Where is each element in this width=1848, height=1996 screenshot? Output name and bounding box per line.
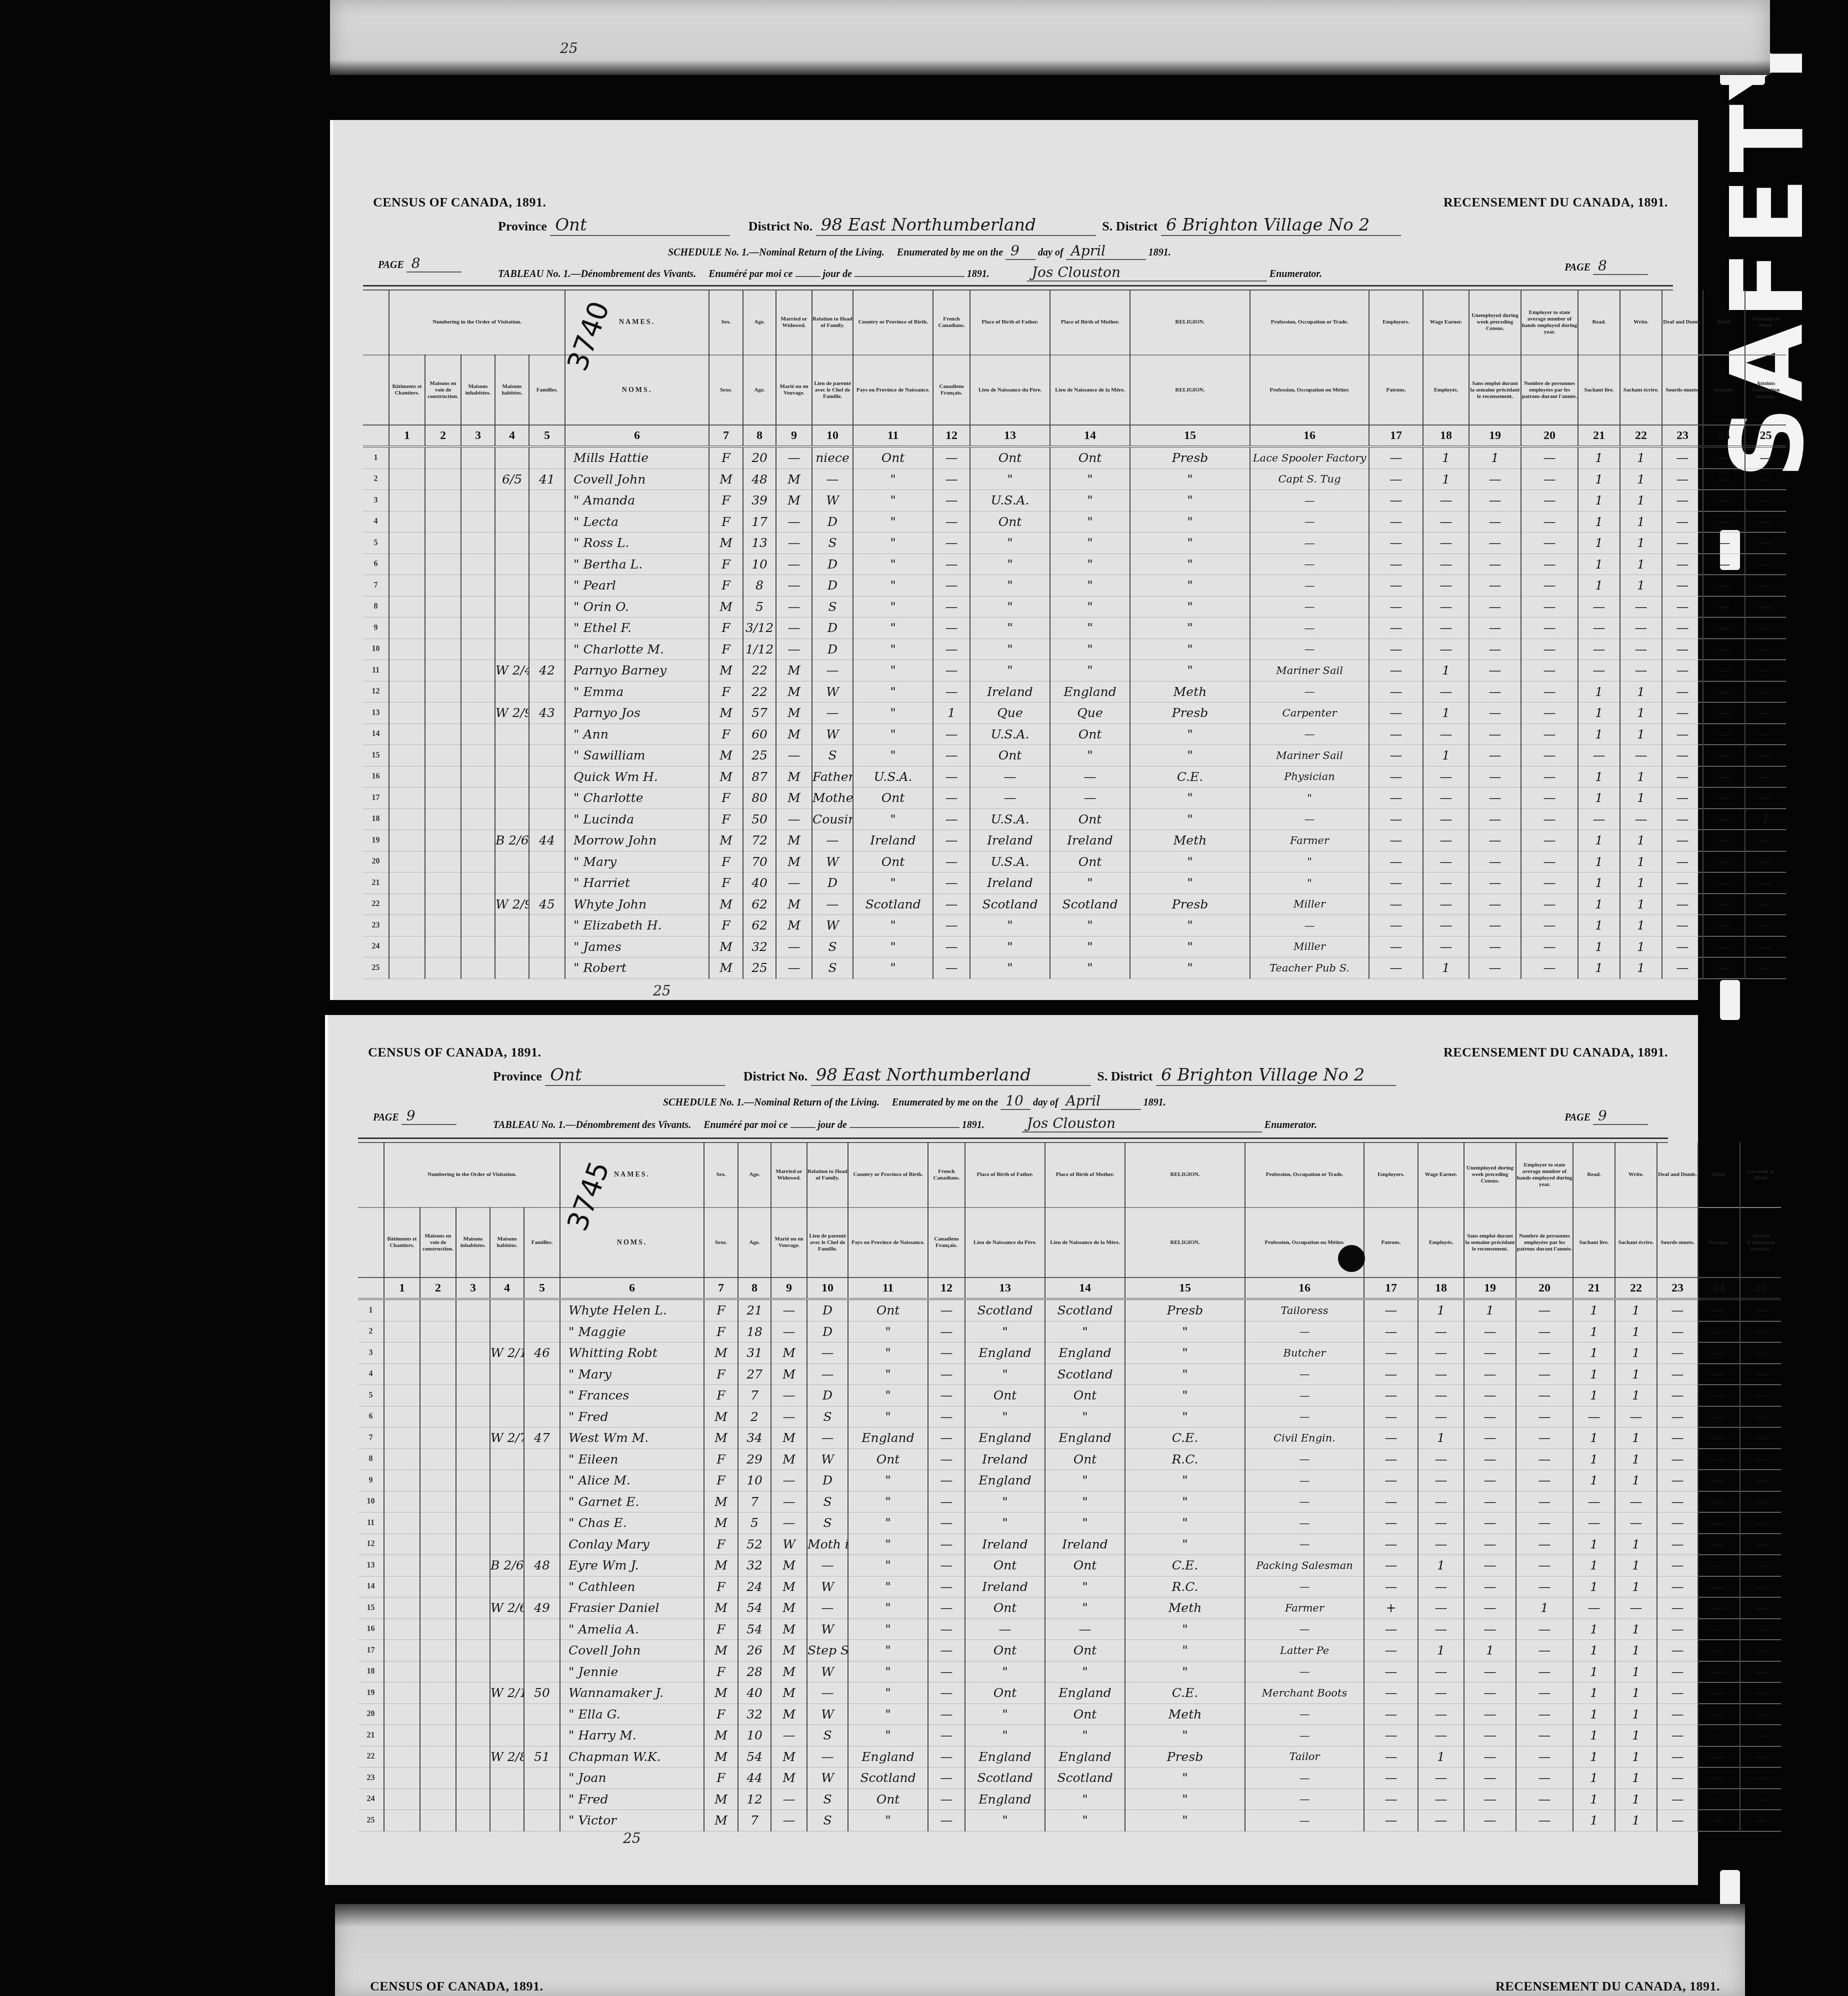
col-num: 3 (456, 1277, 490, 1299)
blind-cell: — (1703, 702, 1745, 724)
age-cell: 62 (743, 915, 776, 936)
table-row: 13W 2/943Parnyo JosM57M—"1QueQuePresbCar… (363, 702, 1786, 724)
father-birthplace-cell: Ont (970, 745, 1050, 766)
employer-cell: — (1369, 851, 1423, 872)
sex-cell: M (704, 1406, 738, 1427)
write-cell: 1 (1615, 1385, 1657, 1406)
wage-earner-cell: — (1423, 915, 1469, 936)
enumeration-year: 1891. (1148, 247, 1171, 258)
name-cell: " Fred (560, 1788, 704, 1810)
occupation-cell: — (1245, 1725, 1364, 1746)
line-number-cell: 2 (358, 1321, 384, 1342)
unemployed-cell: — (1464, 1767, 1516, 1789)
header-patrons: Patrons. (1369, 355, 1423, 425)
header-metier: Profession, Occupation ou Métier. (1250, 355, 1369, 425)
mother-birthplace-cell: Scotland (1045, 1299, 1125, 1321)
read-cell: 1 (1578, 490, 1620, 511)
table-row: 23" Elizabeth H.F62MW"—"""—————11———23 (363, 915, 1786, 936)
marital-cell: M (771, 1640, 807, 1661)
age-cell: 7 (738, 1491, 771, 1512)
houses-construction-cell (420, 1533, 456, 1555)
read-cell: 1 (1573, 1533, 1615, 1555)
occupation-cell: — (1245, 1470, 1364, 1491)
line-number-cell: 10 (358, 1491, 384, 1512)
birthplace-cell: U.S.A. (853, 766, 933, 787)
blind-cell: — (1703, 851, 1745, 872)
employer-cell: — (1369, 787, 1423, 809)
blind-cell: — (1703, 468, 1745, 490)
deaf-cell: — (1657, 1385, 1698, 1406)
employer-cell: — (1364, 1470, 1418, 1491)
col-num: 6 (565, 425, 709, 446)
wage-earner-cell: — (1418, 1618, 1464, 1640)
birthplace-cell: " (853, 681, 933, 702)
header-hands-employed: Employer to state average number of hand… (1521, 290, 1578, 355)
french-canadian-cell: — (933, 660, 970, 681)
houses-construction-cell (420, 1703, 456, 1725)
table-row: 8" Orin O.M5—S"—"""——————————8 (363, 596, 1786, 617)
vessels-cell (389, 596, 425, 617)
religion-cell: " (1130, 745, 1250, 766)
mother-birthplace-cell: " (1045, 1597, 1125, 1619)
age-cell: 2 (738, 1406, 771, 1427)
line-number-cell: 21 (363, 872, 389, 894)
col-num: 10 (812, 425, 853, 446)
sex-cell: F (709, 638, 743, 660)
page-label: PAGE (378, 259, 404, 270)
houses-inhabited-cell (490, 1810, 524, 1831)
houses-inhabited-cell: W 2/9 (495, 702, 529, 724)
table-row: 5" FrancesF7—D"—OntOnt"—————11———5 (358, 1385, 1781, 1406)
deaf-cell: — (1662, 596, 1703, 617)
employer-cell: — (1369, 745, 1423, 766)
line-number-cell: 3 (363, 490, 389, 511)
hands-employed-cell: — (1521, 787, 1578, 809)
hands-employed-cell: — (1521, 490, 1578, 511)
deaf-cell: — (1662, 915, 1703, 936)
header-alienation: Atteints d'aliénation mentale. (1745, 355, 1786, 425)
occupation-cell: Civil Engin. (1245, 1427, 1364, 1449)
age-cell: 22 (743, 660, 776, 681)
marital-cell: M (771, 1682, 807, 1704)
marital-cell: — (771, 1321, 807, 1342)
occupation-cell: — (1245, 1491, 1364, 1512)
read-cell: 1 (1573, 1725, 1615, 1746)
family-number-cell (524, 1533, 560, 1555)
write-cell: 1 (1620, 553, 1662, 575)
employer-cell: — (1369, 936, 1423, 957)
houses-inhabited-cell (495, 681, 529, 702)
unemployed-cell: — (1469, 808, 1521, 830)
name-cell: Parnyo Barney (565, 660, 709, 681)
write-cell: 1 (1620, 893, 1662, 915)
line-number-cell: 16 (363, 766, 389, 787)
marital-cell: M (771, 1342, 807, 1364)
age-cell: 12 (738, 1788, 771, 1810)
header-c2-fr: Maisons en voie de construction. (420, 1207, 456, 1277)
vessels-cell (384, 1299, 420, 1321)
header-blind: Blind. (1703, 290, 1745, 355)
religion-cell: " (1130, 808, 1250, 830)
sex-cell: M (704, 1788, 738, 1810)
houses-inhabited-cell (495, 766, 529, 787)
sex-cell: F (709, 808, 743, 830)
header-deaf: Deaf and Dumb. (1662, 290, 1703, 355)
blind-cell: — (1703, 446, 1745, 468)
relation-cell: Step Son (807, 1640, 848, 1661)
wage-earner-cell: 1 (1423, 660, 1469, 681)
unsound-cell: — (1745, 532, 1786, 554)
col-num: 15 (1130, 425, 1250, 446)
family-number-cell (529, 575, 565, 596)
sex-cell: M (704, 1640, 738, 1661)
french-canadian-cell: — (933, 787, 970, 809)
name-cell: Parnyo Jos (565, 702, 709, 724)
census-title: CENSUS OF CANADA, 1891. (373, 195, 546, 210)
wage-earner-cell: — (1418, 1342, 1464, 1364)
family-number-cell (529, 872, 565, 894)
houses-uninhabited-cell (456, 1597, 490, 1619)
name-cell: " Maggie (560, 1321, 704, 1342)
father-birthplace-cell: England (965, 1427, 1045, 1449)
houses-inhabited-cell (495, 596, 529, 617)
wage-earner-cell: — (1423, 617, 1469, 639)
marital-cell: M (771, 1703, 807, 1725)
read-cell: 1 (1578, 893, 1620, 915)
age-cell: 25 (743, 745, 776, 766)
mother-birthplace-cell: " (1050, 617, 1130, 639)
birthplace-cell: " (848, 1491, 928, 1512)
read-cell: 1 (1578, 915, 1620, 936)
vessels-cell (389, 745, 425, 766)
birthplace-cell: Ont (853, 851, 933, 872)
day-of-label: day of (1033, 1097, 1058, 1108)
col-num: 10 (807, 1277, 848, 1299)
table-row: 5" Ross L.M13—S"—"""—————11———5 (363, 532, 1786, 554)
enumerator-label: Enumerator. (1264, 1119, 1317, 1130)
hands-employed-cell: — (1521, 511, 1578, 532)
houses-inhabited-cell (490, 1788, 524, 1810)
wage-earner-cell: 1 (1418, 1555, 1464, 1576)
unemployed-cell: — (1469, 511, 1521, 532)
birthplace-cell: " (848, 1512, 928, 1534)
read-cell: — (1578, 638, 1620, 660)
vessels-cell (389, 468, 425, 490)
unsound-cell: — (1745, 638, 1786, 660)
employer-cell: — (1364, 1640, 1418, 1661)
header-canadiens: Canadiens Français. (928, 1207, 965, 1277)
unsound-cell: 1 (1745, 808, 1786, 830)
line-number-cell: 14 (363, 723, 389, 745)
age-cell: 40 (738, 1682, 771, 1704)
mother-birthplace-cell: " (1050, 532, 1130, 554)
table-row: 14" CathleenF24MW"—Ireland"R.C.—————11——… (358, 1576, 1781, 1597)
mother-birthplace-cell: " (1050, 575, 1130, 596)
col-num: 19 (1469, 425, 1521, 446)
read-cell: 1 (1578, 553, 1620, 575)
write-cell: — (1615, 1491, 1657, 1512)
family-number-cell (524, 1618, 560, 1640)
houses-uninhabited-cell (456, 1470, 490, 1491)
houses-construction-cell (425, 617, 461, 639)
houses-uninhabited-cell (461, 490, 495, 511)
mother-birthplace-cell: " (1050, 553, 1130, 575)
unsound-cell: — (1745, 575, 1786, 596)
mother-birthplace-cell: " (1045, 1470, 1125, 1491)
sex-cell: M (709, 830, 743, 851)
employer-cell: — (1364, 1512, 1418, 1534)
wage-earner-cell: 1 (1418, 1640, 1464, 1661)
occupation-cell: Tailoress (1245, 1299, 1364, 1321)
marital-cell: M (776, 681, 812, 702)
header-alienation: Atteints d'aliénation mentale. (1740, 1207, 1781, 1277)
write-cell: — (1615, 1512, 1657, 1534)
french-canadian-cell: — (933, 596, 970, 617)
houses-construction-cell (425, 936, 461, 957)
blind-cell: — (1698, 1767, 1740, 1789)
houses-uninhabited-cell (456, 1321, 490, 1342)
religion-cell: " (1130, 723, 1250, 745)
age-cell: 32 (743, 936, 776, 957)
religion-cell: C.E. (1130, 766, 1250, 787)
mother-birthplace-cell: Que (1050, 702, 1130, 724)
birthplace-cell: " (853, 596, 933, 617)
year-fr: 1891. (967, 268, 989, 279)
employer-cell: — (1369, 596, 1423, 617)
relation-cell: S (807, 1788, 848, 1810)
relation-cell: W (807, 1618, 848, 1640)
deaf-cell: — (1662, 446, 1703, 468)
col-num: 16 (1245, 1277, 1364, 1299)
birthplace-cell: England (848, 1427, 928, 1449)
wage-earner-cell: — (1423, 490, 1469, 511)
religion-cell: Presb (1130, 893, 1250, 915)
french-canadian-cell: — (928, 1512, 965, 1534)
deaf-cell: — (1662, 638, 1703, 660)
blind-cell: — (1703, 511, 1745, 532)
sex-cell: M (709, 957, 743, 979)
family-number-cell: 41 (529, 468, 565, 490)
read-cell: 1 (1578, 830, 1620, 851)
header-pays: Pays ou Province de Naissance. (853, 355, 933, 425)
table-row: 9" Alice M.F10—D"—England""—————11———9 (358, 1470, 1781, 1491)
read-cell: 1 (1578, 446, 1620, 468)
schedule-line: SCHEDULE No. 1.—Nominal Return of the Li… (668, 242, 1171, 260)
name-cell: " Charlotte M. (565, 638, 709, 660)
employer-cell: — (1364, 1555, 1418, 1576)
houses-uninhabited-cell (461, 787, 495, 809)
mother-birthplace-cell: Ont (1050, 851, 1130, 872)
hands-employed-cell: — (1516, 1640, 1573, 1661)
sex-cell: M (704, 1427, 738, 1449)
header-religion: RELIGION. (1125, 1142, 1245, 1207)
deaf-cell: — (1657, 1576, 1698, 1597)
wage-earner-cell: — (1418, 1788, 1464, 1810)
employer-cell: — (1369, 575, 1423, 596)
father-birthplace-cell: " (970, 575, 1050, 596)
wage-earner-cell: — (1418, 1321, 1464, 1342)
deaf-cell: — (1657, 1725, 1698, 1746)
hands-employed-cell: — (1521, 893, 1578, 915)
houses-inhabited-cell (490, 1512, 524, 1534)
write-cell: 1 (1620, 702, 1662, 724)
mother-birthplace-cell: Ireland (1045, 1533, 1125, 1555)
read-cell: 1 (1578, 936, 1620, 957)
line-number-cell: 21 (358, 1725, 384, 1746)
header-c5-fr: Familles. (529, 355, 565, 425)
french-canadian-cell: — (928, 1703, 965, 1725)
col-num: 3 (461, 425, 495, 446)
marital-cell: — (771, 1406, 807, 1427)
wage-earner-cell: — (1423, 808, 1469, 830)
col-num: 2 (425, 425, 461, 446)
deaf-cell: — (1662, 553, 1703, 575)
column-number-row: 1 2 3 4 5 6 7 8 9 10 11 12 13 14 15 16 1… (358, 1277, 1781, 1299)
vessels-cell (389, 511, 425, 532)
mother-birthplace-cell: " (1050, 596, 1130, 617)
hands-employed-cell: — (1521, 872, 1578, 894)
read-cell: 1 (1573, 1767, 1615, 1789)
deaf-cell: — (1662, 575, 1703, 596)
houses-construction-cell (420, 1725, 456, 1746)
location-line: Province Ont District No. 98 East Northu… (498, 215, 1401, 236)
unsound-cell: — (1740, 1767, 1781, 1789)
hands-employed-cell: — (1521, 851, 1578, 872)
line-number-cell: 2 (363, 468, 389, 490)
col-num: 22 (1620, 425, 1662, 446)
employer-cell: — (1369, 681, 1423, 702)
french-canadian-cell: 1 (933, 702, 970, 724)
mother-birthplace-cell: " (1050, 745, 1130, 766)
table-row: 10" Garnet E.M7—S"—"""——————————10 (358, 1491, 1781, 1512)
relation-cell: S (812, 745, 853, 766)
employer-cell: — (1364, 1363, 1418, 1385)
employer-cell: — (1364, 1342, 1418, 1364)
marital-cell: — (771, 1512, 807, 1534)
header-ecrire: Sachant écrire. (1620, 355, 1662, 425)
houses-uninhabited-cell (461, 511, 495, 532)
blind-cell: — (1698, 1725, 1740, 1746)
relation-cell: W (807, 1576, 848, 1597)
province-label: Province (493, 1069, 542, 1083)
header-married: Married or Widowed. (771, 1142, 807, 1207)
houses-uninhabited-cell (456, 1299, 490, 1321)
read-cell: 1 (1573, 1299, 1615, 1321)
hands-employed-cell: — (1521, 830, 1578, 851)
religion-cell: " (1125, 1385, 1245, 1406)
write-cell: 1 (1615, 1810, 1657, 1831)
birthplace-cell: Ireland (853, 830, 933, 851)
wage-earner-cell: — (1418, 1363, 1464, 1385)
marital-cell: — (776, 532, 812, 554)
ink-blot (1338, 1245, 1365, 1272)
relation-cell: S (807, 1491, 848, 1512)
father-birthplace-cell: Ont (965, 1555, 1045, 1576)
marital-cell: M (771, 1448, 807, 1470)
read-cell: 1 (1573, 1703, 1615, 1725)
employer-cell: — (1369, 617, 1423, 639)
relation-cell: W (812, 915, 853, 936)
houses-construction-cell (425, 957, 461, 979)
unemployed-cell: — (1469, 468, 1521, 490)
wage-earner-cell: 1 (1423, 446, 1469, 468)
age-cell: 40 (743, 872, 776, 894)
write-cell: — (1620, 596, 1662, 617)
header-write: Write. (1615, 1142, 1657, 1207)
occupation-cell: — (1250, 808, 1369, 830)
line-number-cell: 6 (358, 1406, 384, 1427)
occupation-cell: — (1250, 532, 1369, 554)
unsound-cell: — (1740, 1618, 1781, 1640)
father-birthplace-cell: Ireland (965, 1533, 1045, 1555)
name-cell: Whyte John (565, 893, 709, 915)
table-row: 22W 2/851Chapman W.K.M54M—England—Englan… (358, 1746, 1781, 1767)
sex-cell: F (704, 1618, 738, 1640)
census-title: CENSUS OF CANADA, 1891. (368, 1045, 541, 1060)
name-cell: " Amelia A. (560, 1618, 704, 1640)
deaf-cell: — (1662, 830, 1703, 851)
houses-construction-cell (425, 723, 461, 745)
col-num: 7 (709, 425, 743, 446)
page-tally: 25 (623, 1830, 641, 1846)
enumere-label: Enuméré par moi ce (708, 268, 792, 279)
census-title: CENSUS OF CANADA, 1891. (370, 1979, 543, 1994)
unemployed-cell: — (1469, 766, 1521, 787)
vessels-cell (389, 681, 425, 702)
sex-cell: M (704, 1725, 738, 1746)
houses-inhabited-cell: W 2/9 (495, 893, 529, 915)
write-cell: 1 (1620, 490, 1662, 511)
header-employers: Employers. (1369, 290, 1423, 355)
birthplace-cell: " (853, 723, 933, 745)
houses-construction-cell (420, 1321, 456, 1342)
family-number-cell: 42 (529, 660, 565, 681)
enumeration-day: 9 (1005, 242, 1035, 260)
family-number-cell (529, 638, 565, 660)
blind-cell: — (1703, 638, 1745, 660)
unsound-cell: — (1745, 957, 1786, 979)
sex-cell: M (704, 1597, 738, 1619)
relation-cell: S (807, 1810, 848, 1831)
unemployed-cell: — (1464, 1597, 1516, 1619)
hands-employed-cell: — (1516, 1512, 1573, 1534)
blind-cell: — (1703, 723, 1745, 745)
line-number-cell: 16 (358, 1618, 384, 1640)
family-number-cell (529, 787, 565, 809)
unsound-cell: — (1745, 681, 1786, 702)
relation-cell: W (812, 490, 853, 511)
vessels-cell (384, 1576, 420, 1597)
father-birthplace-cell: " (970, 596, 1050, 617)
header-aveugles: Aveugles. (1698, 1207, 1740, 1277)
read-cell: — (1578, 596, 1620, 617)
french-canadian-cell: — (928, 1767, 965, 1789)
marital-cell: — (776, 511, 812, 532)
write-cell: — (1620, 617, 1662, 639)
marital-cell: M (771, 1597, 807, 1619)
houses-construction-cell (425, 766, 461, 787)
read-cell: — (1578, 808, 1620, 830)
line-number-cell: 11 (358, 1512, 384, 1534)
wage-earner-cell: 1 (1423, 468, 1469, 490)
col-num: 9 (771, 1277, 807, 1299)
deaf-cell: — (1657, 1448, 1698, 1470)
french-canadian-cell: — (933, 446, 970, 468)
header-c5-fr: Familles. (524, 1207, 560, 1277)
sex-cell: M (709, 745, 743, 766)
relation-cell: D (812, 553, 853, 575)
write-cell: 1 (1620, 446, 1662, 468)
